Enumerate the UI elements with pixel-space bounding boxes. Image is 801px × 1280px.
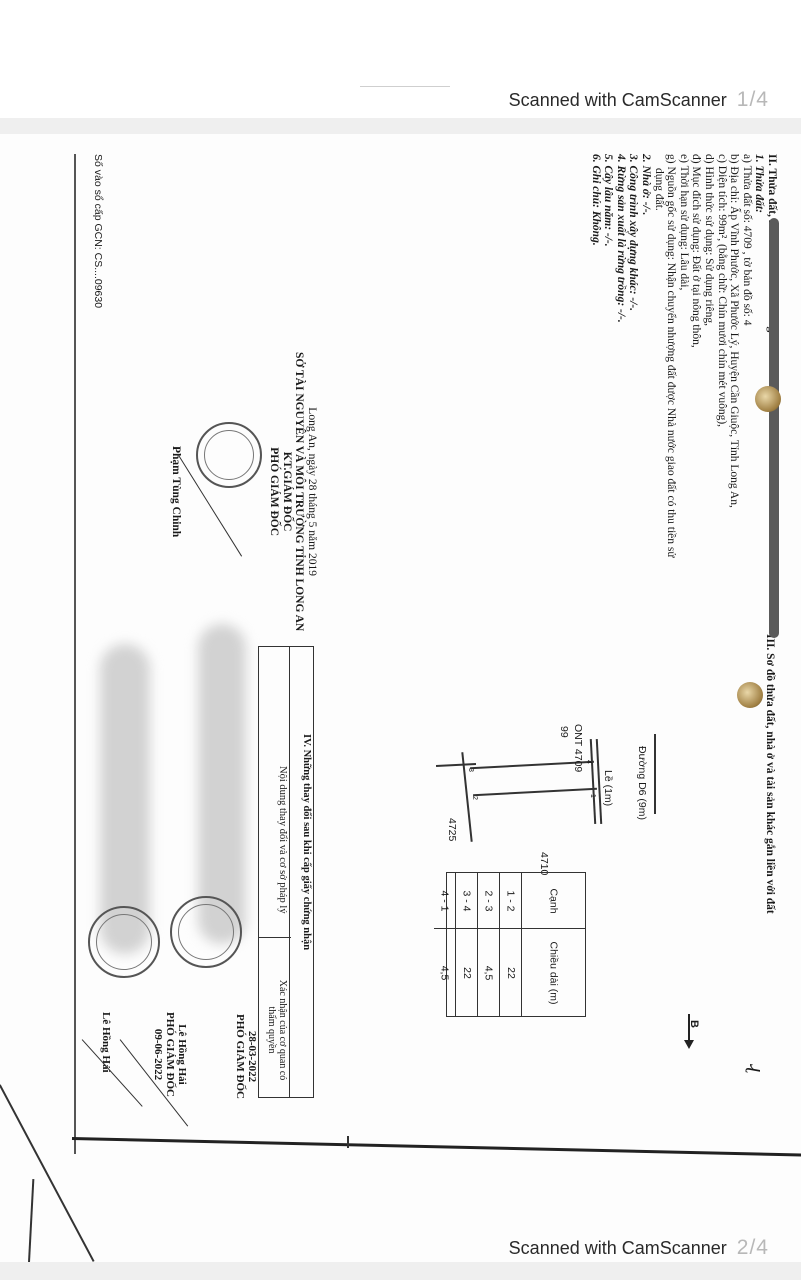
sidewalk-label: Lề (1m) <box>602 770 614 806</box>
parcel-label: ONT 4709 <box>572 724 584 772</box>
registry-number: Số vào sổ cấp GCN: CS....09630 <box>92 154 104 308</box>
confirmation-entry-2: Lê Hồng Hải PHÓ GIÁM ĐỐC 09-06-2022 <box>152 1012 188 1097</box>
corner-1: 1 <box>589 794 596 798</box>
page-2-footer: Scanned with CamScanner 2/4 <box>509 1236 769 1260</box>
header-edge: Cạnh <box>547 888 559 913</box>
parcel-address: b) Địa chỉ: Ấp Vĩnh Phước, Xã Phước Lý, … <box>728 154 741 558</box>
official-stamp <box>88 906 160 978</box>
parcel-area: c) Diện tích: 99m², (bằng chữ: Chín mươi… <box>715 154 728 558</box>
edge-cell: 3 - 4 <box>460 890 472 911</box>
road-label: Đường D6 (9m) <box>636 746 648 820</box>
edge-length-table: Cạnh Chiều dài (m) 1 - 2 22 2 - 3 4,5 3 … <box>446 872 586 1017</box>
paper-edge <box>0 1084 95 1261</box>
usage-purpose: đ) Mục đích sử dụng: Đất ở tại nông thôn… <box>690 154 703 558</box>
confirmation-signer: Lê Hồng Hải <box>176 1012 188 1097</box>
signer-role-2: PHÓ GIÁM ĐỐC <box>268 352 281 631</box>
page-indicator: 2/4 <box>737 1236 769 1260</box>
sidewalk-line <box>596 739 602 824</box>
parcel-area-label: 99 <box>558 726 570 738</box>
parcel-subtitle: 1. Thửa đất: <box>753 154 766 558</box>
length-cell: 22 <box>460 967 472 979</box>
page-gap <box>0 118 801 134</box>
confirmation-column-header: Xác nhận của cơ quan có thẩm quyền <box>266 970 288 1090</box>
table-row: 4 - 1 4,5 <box>434 873 455 1016</box>
changes-column-header: Nội dung thay đổi và cơ sở pháp lý <box>277 766 288 914</box>
page-indicator: 1/4 <box>737 88 769 112</box>
page-gap <box>0 1262 801 1280</box>
camscanner-watermark: Scanned with CamScanner <box>509 1238 727 1259</box>
corner-2: 2 <box>471 796 478 800</box>
section-2-parcel-info: II. Thửa đất, nhà ở và tài sản khác gắn … <box>589 154 778 558</box>
document-border <box>74 154 76 1154</box>
header-length: Chiều dài (m) <box>547 941 559 1004</box>
column-divider <box>259 937 291 938</box>
length-cell: 4,5 <box>438 965 450 980</box>
drag-handle[interactable] <box>737 682 763 708</box>
official-stamp <box>196 422 262 488</box>
edge-cell: 2 - 3 <box>482 890 494 911</box>
table-row: 2 - 3 4,5 <box>477 873 499 1016</box>
confirmation-entry-1: 28-03-2022 PHÓ GIÁM ĐỐC <box>234 1014 258 1099</box>
usage-form: d) Hình thức sử dụng: Sử dụng riêng, <box>702 154 715 558</box>
document-border <box>72 1137 801 1157</box>
edge-cell: 1 - 2 <box>504 890 516 911</box>
selection-bar[interactable] <box>769 218 779 638</box>
handwritten-mark: ɻ <box>744 1064 770 1073</box>
table-row: 3 - 4 22 <box>455 873 477 1016</box>
table-row: 1 - 2 22 <box>499 873 521 1016</box>
drag-handle[interactable] <box>755 386 781 412</box>
signer-role-1: KT.GIÁM ĐỐC <box>280 352 293 631</box>
scanned-page-2: II. Thửa đất, nhà ở và tài sản khác gắn … <box>0 134 801 1262</box>
fold-mark <box>347 1136 349 1148</box>
edge-cell: 4 - 1 <box>438 890 450 911</box>
house-item: 2. Nhà ở: -/-. <box>639 154 652 558</box>
north-arrow-head-icon <box>684 1040 694 1049</box>
note-item: 6. Ghi chú: Không. <box>589 154 602 558</box>
north-label: B <box>688 1020 700 1028</box>
usage-origin: g) Nguồn gốc sử dụng: Nhận chuyển nhượng… <box>665 154 678 558</box>
usage-origin-cont: dụng đất. <box>652 154 665 558</box>
confirmation-date: 28-03-2022 <box>246 1014 258 1099</box>
camscanner-watermark: Scanned with CamScanner <box>509 90 727 111</box>
perennial-item: 5. Cây lâu năm: -/-. <box>602 154 615 558</box>
confirmation-role: PHÓ GIÁM ĐỐC <box>234 1014 246 1099</box>
issuing-agency: SỞ TÀI NGUYÊN VÀ MÔI TRƯỜNG TỈNH LONG AN <box>293 352 306 631</box>
divider <box>360 86 450 87</box>
corner-4: 4 <box>585 760 592 764</box>
section-3-title: III. Sơ đồ thửa đất, nhà ở và tài sản kh… <box>764 634 776 914</box>
neighbor-4725: 4725 <box>446 818 458 841</box>
official-stamp <box>170 896 242 968</box>
forest-item: 4. Rừng sản xuất là rừng trồng: -/-. <box>614 154 627 558</box>
table-header-row: Cạnh Chiều dài (m) <box>521 873 585 1016</box>
paper-edge <box>28 1179 34 1262</box>
neighbor-boundary-line <box>436 763 476 767</box>
length-cell: 4,5 <box>482 965 494 980</box>
signature-block-2019: Long An, ngày 28 tháng 5 năm 2019 SỞ TÀI… <box>169 352 318 631</box>
sidewalk-line <box>590 739 596 824</box>
signature-stroke <box>82 1039 143 1107</box>
place-date: Long An, ngày 28 tháng 5 năm 2019 <box>305 352 318 631</box>
corner-3: 3 <box>467 768 474 772</box>
road-edge-line <box>654 734 656 814</box>
parcel-number: a) Thửa đất số: 4709 , tờ bản đồ số: 4 <box>740 154 753 558</box>
page-1-footer: Scanned with CamScanner 1/4 <box>509 88 769 112</box>
section-4-title: IV. Những thay đổi sau khi cấp giấy chứn… <box>301 734 312 950</box>
construction-item: 3. Công trình xây dựng khác: -/-. <box>627 154 640 558</box>
length-cell: 22 <box>504 967 516 979</box>
parcel-edge-1-2 <box>473 788 597 796</box>
usage-term: e) Thời hạn sử dụng: Lâu dài, <box>677 154 690 558</box>
signer-name: Phạm Tùng Chinh <box>169 352 182 631</box>
confirmation-role: PHÓ GIÁM ĐỐC <box>164 1012 176 1097</box>
